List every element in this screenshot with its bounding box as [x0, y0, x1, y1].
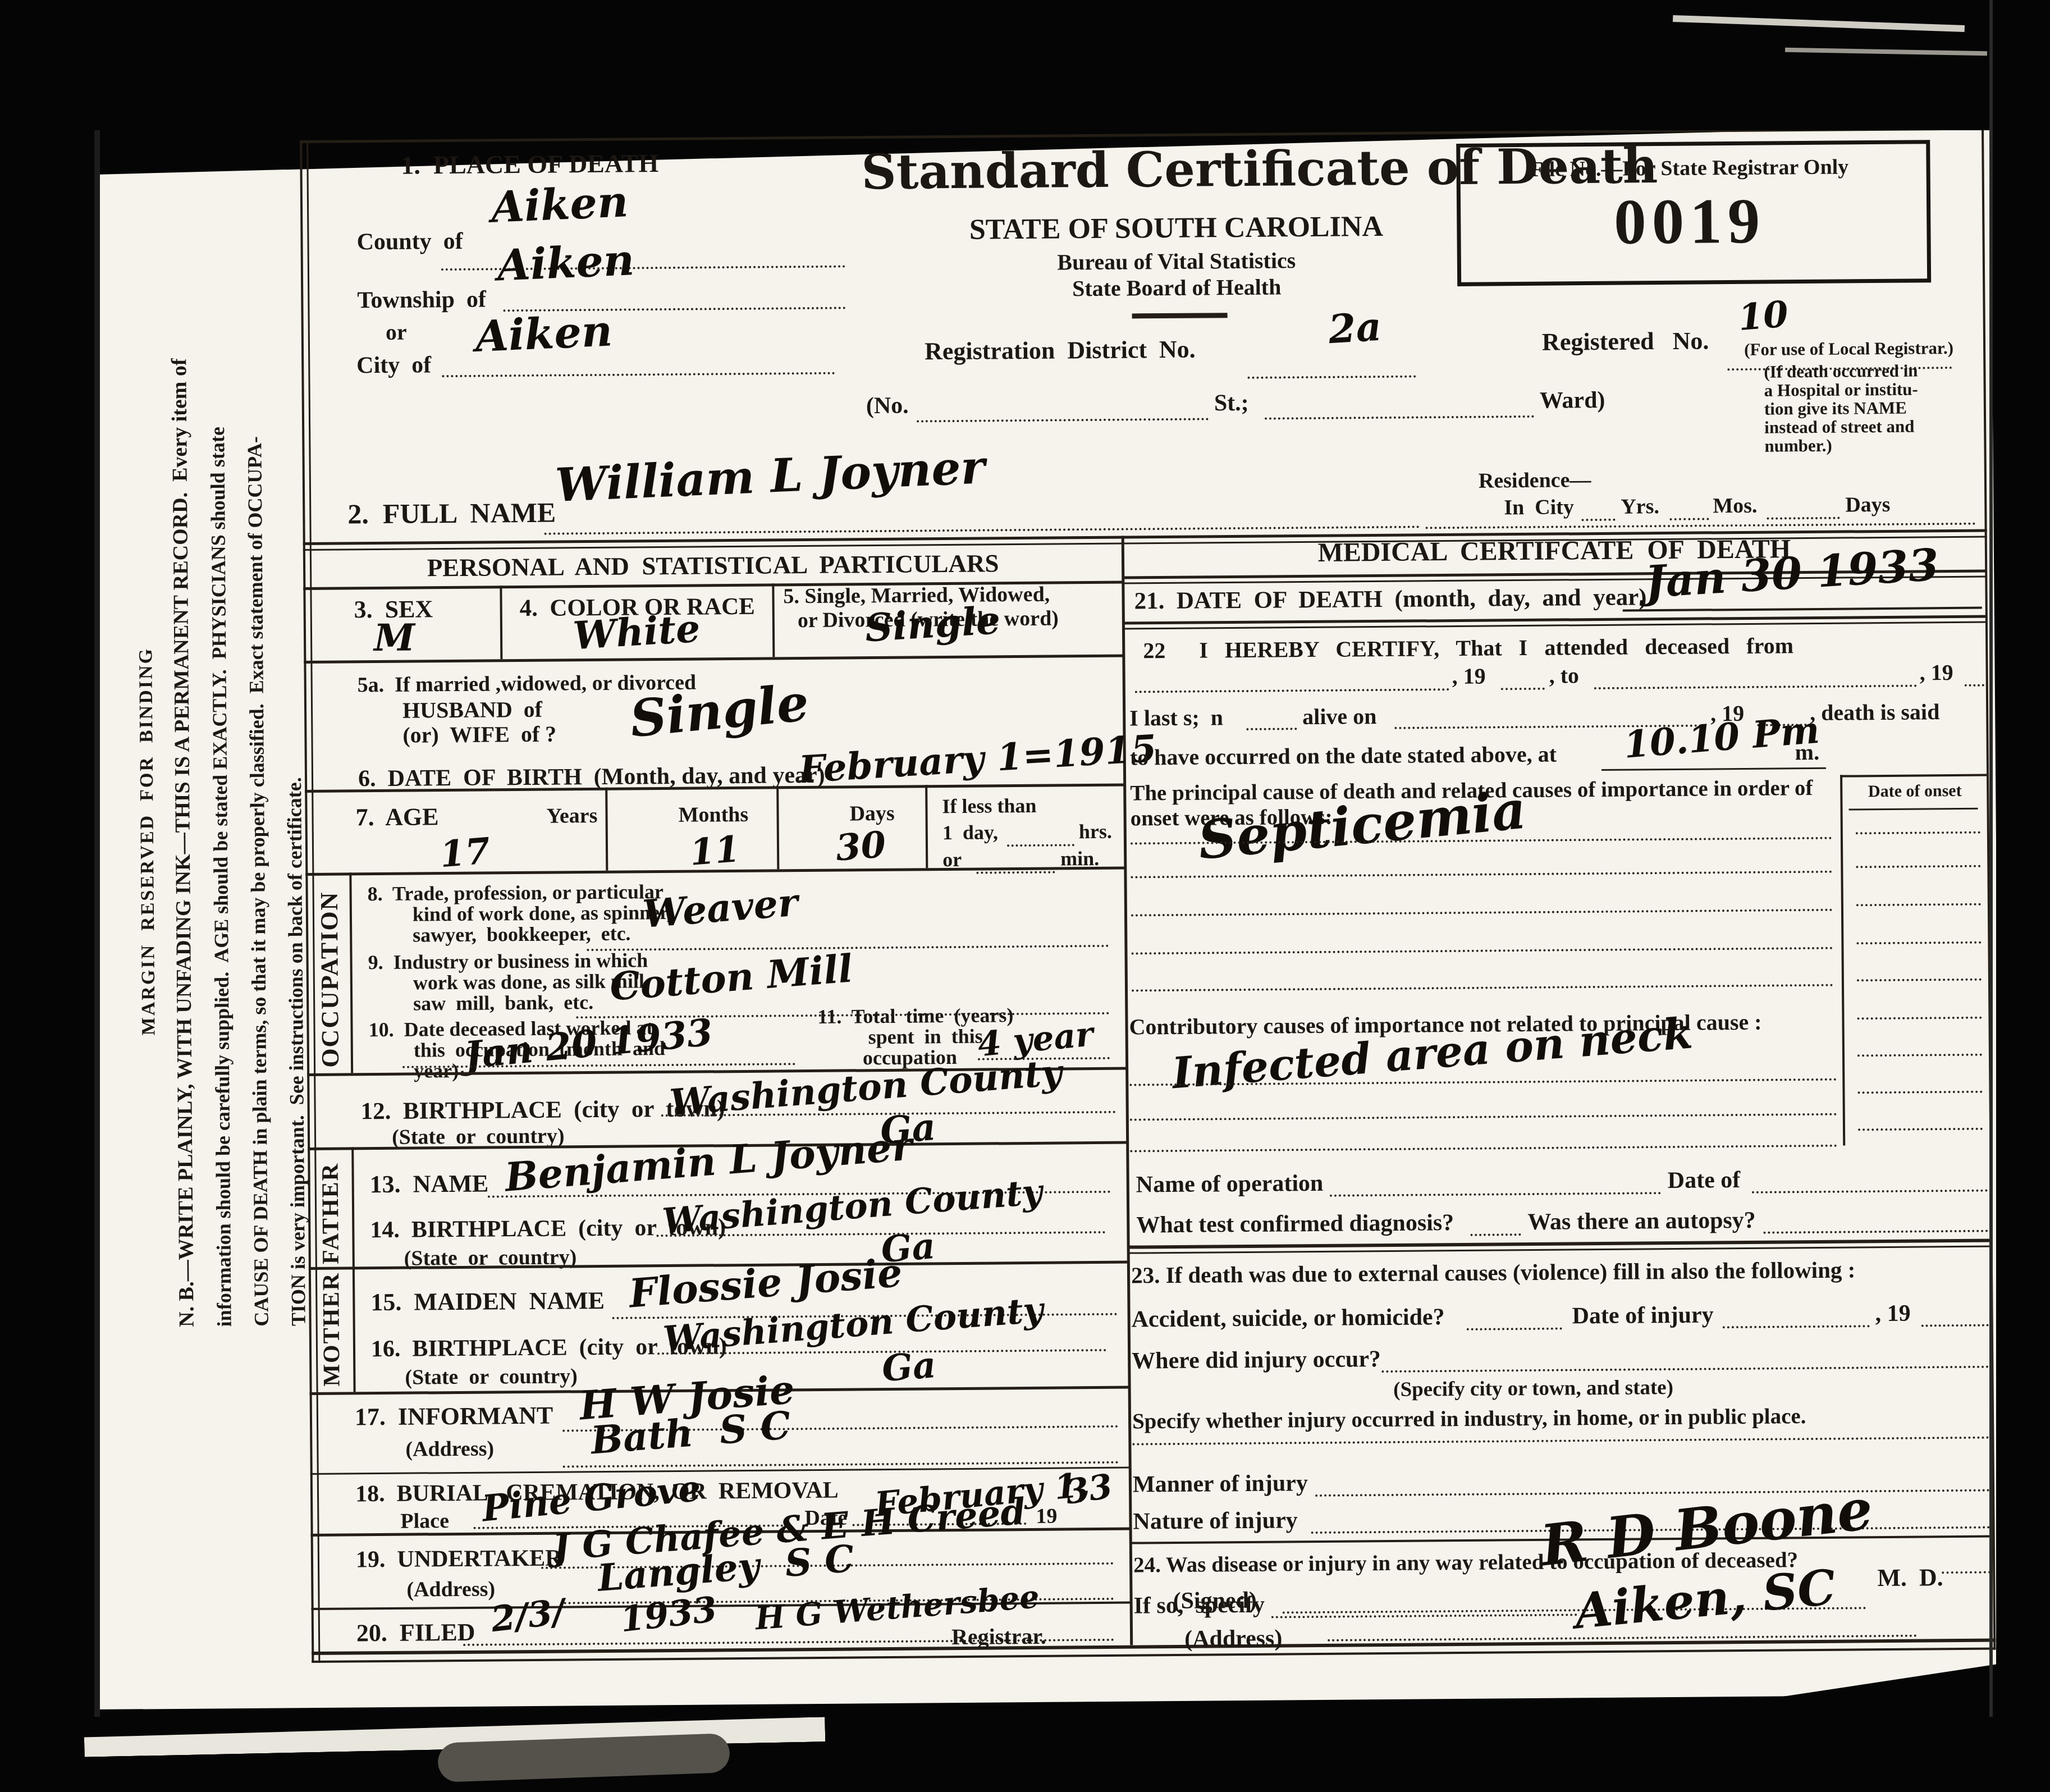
onset-box-top-rule: [1840, 774, 1987, 778]
certify-to: , to: [1549, 664, 1579, 687]
father-inner-rule: [351, 1147, 355, 1267]
personal-section-title: PERSONAL AND STATISTICAL PARTICULARS: [303, 550, 1123, 583]
item8-line2: kind of work done, as spinner,: [413, 902, 672, 925]
time-underline: [1601, 767, 1826, 771]
mos-dotted: [1767, 517, 1839, 520]
item8-line3: sawyer, bookkeeper, etc.: [413, 924, 631, 947]
occupation-vertical-label: OCCUPATION: [314, 877, 345, 1068]
age-years-header: Years: [546, 805, 597, 828]
row345-bottom-rule: [304, 655, 1123, 664]
filed-date-value: 2/3/: [489, 1594, 567, 1637]
age-div3: [925, 785, 928, 868]
cause-dotted-5: [1132, 984, 1833, 992]
item5a-line2: HUSBAND of: [402, 698, 542, 723]
informant-address-dotted: [563, 1461, 1119, 1468]
certify-dotted-2: [1501, 688, 1545, 691]
onset-dotted-3: [1856, 903, 1981, 907]
state-heading: STATE OF SOUTH CAROLINA: [862, 211, 1490, 246]
race-value: White: [572, 610, 701, 655]
date-of-death-label: 21. DATE OF DEATH (month, day, and year): [1134, 584, 1646, 614]
last-seen-label: I last s; n: [1129, 706, 1223, 730]
place-of-death-heading: 1. PLACE OF DEATH: [401, 150, 658, 179]
registrar-label: Registrar.: [951, 1625, 1046, 1649]
age-months-value: 11: [689, 831, 742, 871]
autopsy-dotted: [1763, 1230, 1988, 1234]
st-dotted: [1265, 415, 1534, 420]
city-value: Aiken: [474, 310, 613, 358]
burial-year-printed: 19: [1036, 1506, 1057, 1528]
sex-race-divider: [500, 586, 502, 659]
certify-line: 22 I HEREBY CERTIFY, That I attended dec…: [1143, 634, 1793, 662]
mos-label: Mos.: [1713, 495, 1757, 518]
age-months-header: Months: [678, 804, 748, 827]
md-label: M. D.: [1877, 1565, 1943, 1591]
residence-label: Residence—: [1479, 469, 1591, 492]
in-city-label: In City: [1504, 496, 1574, 519]
min-dotted: [976, 871, 1055, 874]
specify-dotted: [1132, 1437, 1989, 1446]
bureau-heading: Bureau of Vital Statistics: [862, 247, 1491, 276]
undertaker-label: 19. UNDERTAKER: [356, 1546, 562, 1572]
certify-19b: , 19: [1919, 661, 1953, 684]
manner-injury-label: Manner of injury: [1133, 1471, 1308, 1497]
occupation-inner-rule: [349, 872, 353, 1073]
in-city-dotted: [1581, 519, 1615, 521]
injury-19-dotted: [1921, 1324, 1989, 1327]
scan-bottom-right-tear: [1699, 1662, 2014, 1709]
local-registrar-note-3: a Hospital or institu-: [1764, 380, 1918, 400]
onset-dotted-5: [1857, 979, 1982, 982]
test-dotted: [1470, 1233, 1521, 1236]
item8-value: Weaver: [642, 884, 799, 934]
scan-left-streak: [94, 0, 100, 1792]
local-registrar-note-6: number.): [1764, 437, 1832, 455]
nature-injury-label: Nature of injury: [1133, 1508, 1298, 1534]
manner-injury-dotted: [1315, 1489, 1990, 1497]
age-label: 7. AGE: [355, 804, 438, 830]
alive-on-label: alive on: [1302, 705, 1377, 729]
cause-dotted-3: [1131, 909, 1833, 917]
ifso-dotted: [1271, 1613, 1577, 1618]
filed-label: 20. FILED: [356, 1620, 475, 1647]
margin-binding-note: MARGIN RESERVED FOR BINDING: [134, 502, 159, 1035]
sex-value: M: [374, 619, 415, 657]
burial-year-value: 33: [1063, 1469, 1114, 1510]
hrs-label: hrs.: [1079, 821, 1112, 843]
form-border-bottom-outer: [312, 1638, 1996, 1655]
last-seen-dotted-1: [1246, 728, 1297, 730]
registered-no-value: 10: [1737, 296, 1790, 336]
onset-header-underline: [1849, 808, 1978, 811]
scan-right-band: [1996, 0, 2050, 1792]
local-registrar-note-1: (For use of Local Registrar.): [1744, 339, 1953, 359]
age-div2: [776, 786, 779, 869]
county-label: County of: [356, 229, 463, 255]
undertaker-address-label: (Address): [406, 1578, 495, 1601]
physician-address-label: (Address): [1184, 1626, 1283, 1651]
margin-nb-line2: information should be carefully supplied…: [203, 142, 236, 1327]
item16-state-value: Ga: [881, 1347, 937, 1387]
item16-state-label: (State or country): [405, 1365, 578, 1389]
full-name-value: William L Joyner: [554, 444, 986, 509]
hrs-dotted: [1007, 844, 1074, 847]
certify-19a: , 19: [1452, 665, 1486, 688]
filed-year-value: 1933: [619, 1592, 719, 1638]
operation-date-label: Date of: [1668, 1168, 1741, 1193]
full-name-dotted: [544, 525, 1420, 534]
accident-label: Accident, suicide, or homicide?: [1131, 1305, 1444, 1332]
contributory-dotted-3: [1130, 1145, 1837, 1153]
no-dotted: [917, 418, 1209, 422]
no-label: (No.: [866, 394, 909, 419]
contributory-dotted-2: [1130, 1113, 1837, 1121]
item11-line2: spent in this: [868, 1026, 983, 1048]
local-registrar-note-4: tion give its NAME: [1764, 399, 1907, 419]
item5a-value: Single: [628, 677, 811, 744]
test-label: What test confirmed diagnosis?: [1136, 1210, 1454, 1238]
autopsy-label: Was there an autopsy?: [1527, 1208, 1756, 1235]
item14-value: Washington County: [661, 1174, 1044, 1238]
city-dotted-line: [442, 372, 835, 377]
date-injury-label: Date of injury: [1572, 1302, 1713, 1328]
injury-19: , 19: [1875, 1301, 1910, 1327]
mother-vertical-label: MOTHER: [318, 1272, 346, 1387]
residence-dotted: [1426, 523, 1976, 529]
where-injury-dotted: [1381, 1366, 1989, 1373]
title-short-rule: [1132, 313, 1228, 318]
onset-dotted-1: [1856, 831, 1980, 835]
days-label: Days: [1845, 494, 1891, 517]
file-box-title: File No.—For State Registrar Only: [1456, 156, 1922, 181]
onset-dotted-9: [1858, 1128, 1983, 1131]
scan-left-band: [0, 0, 94, 1792]
less-than-line2: 1 day,: [942, 822, 998, 844]
burial-place-label: Place: [400, 1510, 449, 1533]
operation-label: Name of operation: [1136, 1171, 1324, 1197]
dob-value: February 1=1915: [798, 730, 1157, 788]
margin-nb-line1: N. B.—WRITE PLAINLY, WITH UNFADING INK—T…: [165, 143, 199, 1327]
county-value: Aiken: [491, 180, 629, 228]
time-m-label: m.: [1795, 740, 1820, 764]
cause-dotted-4: [1132, 947, 1833, 955]
certificate-paper: MARGIN RESERVED FOR BINDING N. B.—WRITE …: [47, 122, 2003, 1709]
board-heading: State Board of Health: [862, 273, 1491, 302]
death-said-label: , death is said: [1810, 700, 1939, 725]
item15-label: 15. MAIDEN NAME: [370, 1288, 605, 1315]
scan-bottom-band: [0, 1717, 2050, 1792]
race-marital-divider: [772, 583, 775, 657]
certificate-title: Standard Certificate of Death: [861, 142, 1490, 198]
date-injury-dotted: [1723, 1325, 1870, 1328]
certify-dotted-1: [1135, 688, 1449, 693]
item9-line3: saw mill, bank, etc.: [413, 992, 593, 1014]
specify-city-label: (Specify city or town, and state): [1337, 1377, 1730, 1401]
onset-dotted-7: [1857, 1054, 1982, 1057]
township-value: Aiken: [496, 239, 635, 287]
onset-dotted-2: [1856, 865, 1980, 868]
registration-district-dotted: [1247, 376, 1416, 379]
operation-dotted: [1330, 1192, 1661, 1197]
registered-no-label: Registered No.: [1542, 328, 1709, 355]
city-label: City of: [356, 353, 431, 378]
age-div1: [605, 788, 608, 871]
local-registrar-note-2: (If death occurred in: [1764, 362, 1918, 381]
registration-district-label: Registration District No.: [925, 337, 1196, 365]
onset-box-left-rule: [1840, 775, 1845, 1146]
margin-nb-line3: CAUSE OF DEATH in plain terms, so that i…: [240, 142, 273, 1327]
marital-value: Single: [864, 601, 1001, 647]
cause-dotted-2: [1131, 871, 1832, 879]
local-registrar-note-5: instead of street and: [1764, 418, 1914, 437]
informant-address-label: (Address): [405, 1438, 494, 1461]
age-days-value: 30: [835, 827, 887, 867]
accident-dotted: [1467, 1328, 1562, 1331]
operation-date-dotted: [1752, 1190, 1988, 1194]
onset-dotted-8: [1857, 1091, 1982, 1094]
onset-dotted-4: [1856, 941, 1981, 945]
scan-right-streak: [1989, 0, 1993, 1792]
item5a-line3: (or) WIFE of ?: [402, 723, 556, 747]
mother-inner-rule: [353, 1267, 356, 1392]
father-vertical-label: FATHER: [317, 1152, 345, 1264]
less-than-line1: If less than: [942, 796, 1036, 817]
scanned-death-certificate: MARGIN RESERVED FOR BINDING N. B.—WRITE …: [0, 0, 2050, 1792]
physician-address-value: Aiken, SC: [1573, 1564, 1838, 1636]
date-of-death-underline: [1623, 607, 1982, 612]
age-years-value: 17: [439, 833, 492, 873]
or-label: or: [386, 321, 407, 344]
certify-dotted-3: [1594, 685, 1917, 690]
yrs-label: Yrs.: [1621, 496, 1659, 518]
age-days-header: Days: [849, 803, 895, 826]
occupation-related-dotted: [1942, 1571, 1990, 1574]
full-name-label: 2. FULL NAME: [347, 498, 556, 529]
certify-dotted-4: [1965, 684, 1984, 687]
informant-label: 17. INFORMANT: [355, 1403, 553, 1430]
file-number: 0019: [1457, 186, 1923, 257]
form-border-right: [1982, 127, 1996, 1650]
onset-box-header: Date of onset: [1843, 782, 1987, 801]
occurred-line: to have occurred on the date stated abov…: [1130, 743, 1557, 770]
township-label: Township of: [357, 287, 486, 313]
item13-label: 13. NAME: [370, 1171, 489, 1198]
st-label: St.;: [1214, 391, 1249, 416]
where-injury-label: Where did injury occur?: [1132, 1347, 1381, 1374]
specify-whether-label: Specify whether injury occurred in indus…: [1132, 1405, 1806, 1433]
external-causes-label: 23. If death was due to external causes …: [1131, 1258, 1856, 1287]
registration-district-value: 2a: [1328, 307, 1383, 350]
signed-label: (Signed): [1173, 1588, 1257, 1613]
yrs-dotted: [1669, 518, 1709, 520]
item10-line3: year): [414, 1060, 459, 1082]
time-of-death-value: 10.10 Pm: [1623, 711, 1821, 764]
onset-dotted-6: [1857, 1017, 1982, 1020]
ward-label: Ward): [1540, 388, 1605, 413]
column-divider: [1122, 536, 1133, 1645]
